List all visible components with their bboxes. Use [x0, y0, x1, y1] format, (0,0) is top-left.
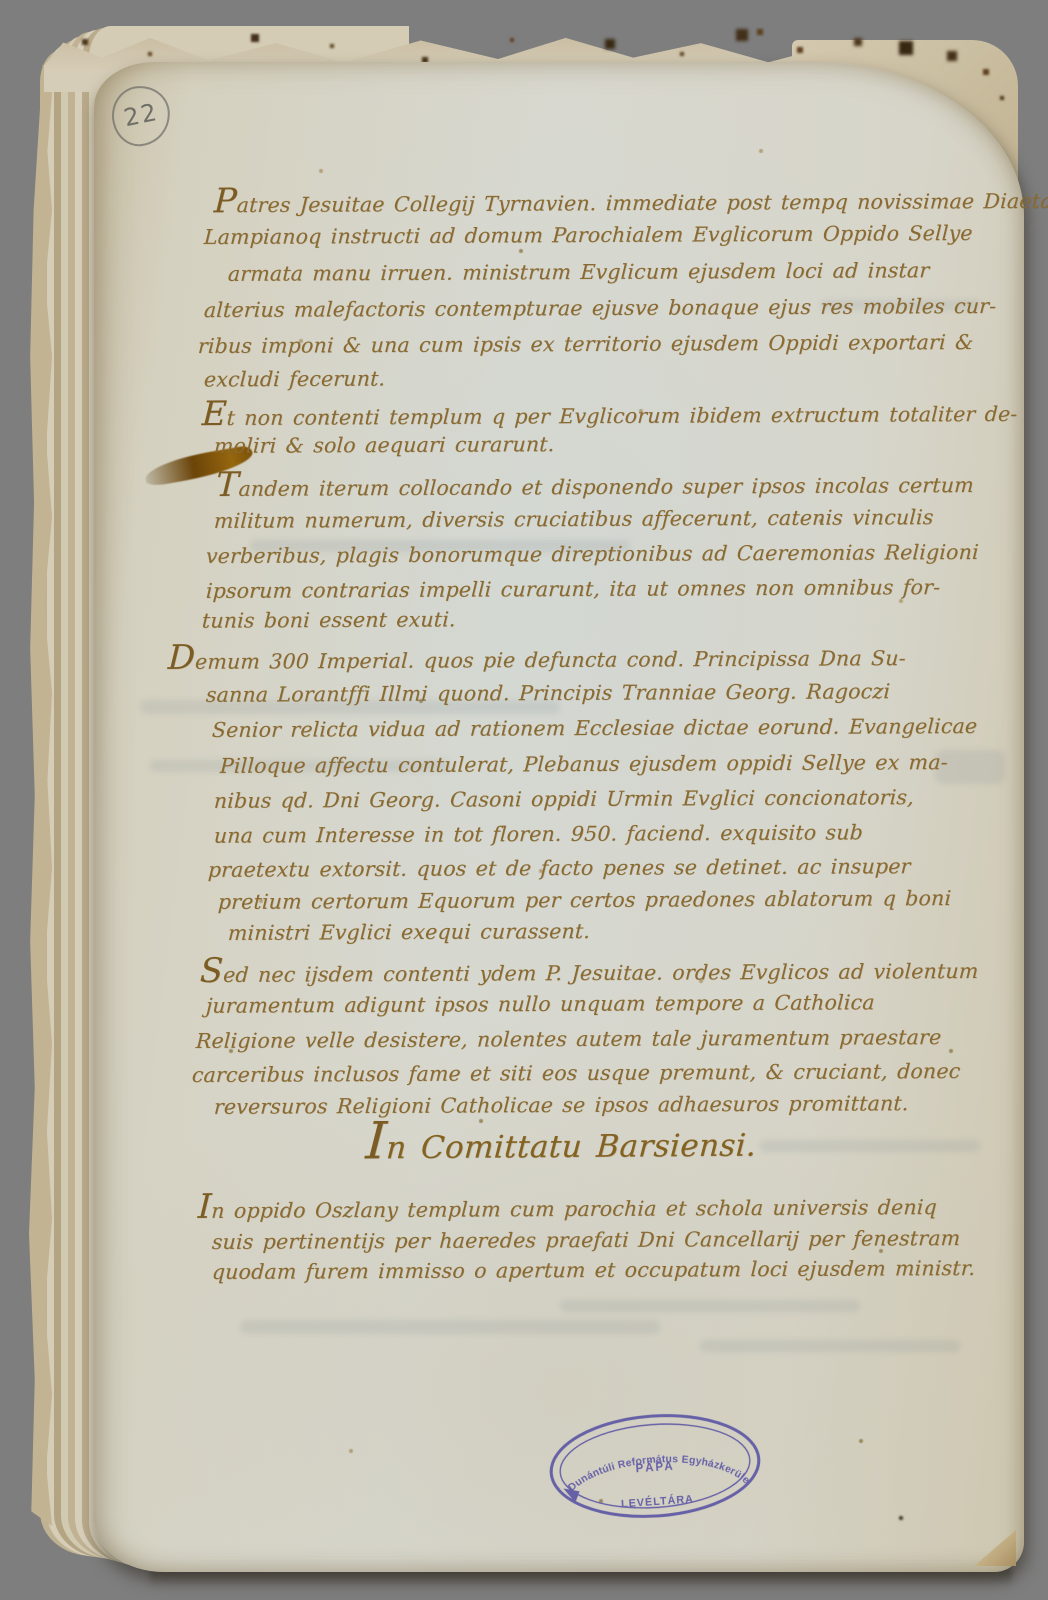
manuscript-line: armata manu irruen. ministrum Evglicum e…: [227, 258, 930, 286]
manuscript-line: verberibus, plagis bonorumque direptioni…: [205, 540, 979, 568]
manuscript-line: tunis boni essent exuti.: [201, 607, 456, 632]
manuscript-line: ministri Evglici exequi curassent.: [227, 919, 590, 945]
manuscript-line: praetextu extorsit. quos et de facto pen…: [207, 854, 911, 882]
manuscript-line: suis pertinentijs per haeredes praefati …: [211, 1226, 961, 1254]
manuscript-line: nibus qd. Dni Georg. Casoni oppidi Urmin…: [213, 785, 914, 813]
ink-bleed-through: [760, 1140, 980, 1152]
paper-fiber-speckles: [94, 62, 96, 64]
manuscript-line: militum numerum, diversis cruciatibus af…: [213, 505, 934, 533]
manuscript-line: ribus imponi & una cum ipsis ex territor…: [197, 330, 974, 358]
ink-bleed-through: [560, 1300, 860, 1312]
manuscript-line: quodam furem immisso o apertum et occupa…: [211, 1256, 975, 1284]
manuscript-line: juramentum adigunt ipsos nullo unquam te…: [205, 990, 875, 1018]
archive-stamp: A Dunántúli Református Egyházkerület PÁP…: [536, 1398, 774, 1534]
stamp-arc-text: A Dunántúli Református Egyházkerület: [536, 1398, 752, 1501]
section-heading: In Comittatu Barsiensi.: [365, 1121, 758, 1167]
manuscript-line: pretium certorum Equorum per certos prae…: [217, 886, 952, 914]
page-number-circle: 22: [109, 83, 173, 149]
manuscript-line: Lampianoq instructi ad domum Parochialem…: [203, 221, 973, 249]
manuscript-line: alterius malefactoris contempturae ejusv…: [203, 294, 997, 322]
manuscript-line: carceribus inclusos fame et siti eos usq…: [191, 1059, 961, 1087]
manuscript-line: Religione velle desistere, nolentes aute…: [195, 1025, 942, 1053]
manuscript-line: Tandem iterum collocando et disponendo s…: [215, 468, 974, 501]
manuscript-scan: 22 Patres Jesuitae Collegij Tyrnavien. i…: [0, 0, 1048, 1600]
ink-bleed-through: [240, 1320, 660, 1334]
ink-bleed-through: [700, 1340, 960, 1352]
page-number: 22: [121, 98, 161, 133]
manuscript-line: Patres Jesuitae Collegij Tyrnavien. imme…: [213, 184, 1048, 217]
manuscript-line: excludi fecerunt.: [203, 367, 386, 392]
manuscript-line: reversuros Religioni Catholicae se ipsos…: [213, 1091, 909, 1119]
manuscript-line: Et non contenti templum q per Evglicorum…: [201, 397, 1018, 430]
manuscript-line: ipsorum contrarias impelli curarunt, ita…: [205, 575, 941, 603]
stamp-bottom-text: LEVÉLTÁRA: [621, 1492, 695, 1510]
manuscript-line: Pilloque affectu contulerat, Plebanus ej…: [219, 750, 948, 778]
manuscript-line: Sed nec ijsdem contenti ydem P. Jesuitae…: [199, 954, 979, 987]
manuscript-line: sanna Lorantffi Illmi quond. Principis T…: [205, 679, 890, 707]
manuscript-page: 22 Patres Jesuitae Collegij Tyrnavien. i…: [94, 62, 1024, 1572]
manuscript-line: Demum 300 Imperial. quos pie defuncta co…: [167, 641, 906, 674]
svg-text:A Dunántúli Református Egyházk: A Dunántúli Református Egyházkerület: [536, 1398, 752, 1501]
stamp-center-text: PÁPA: [635, 1460, 675, 1476]
manuscript-line: Senior relicta vidua ad rationem Ecclesi…: [211, 714, 978, 742]
manuscript-line: In oppido Oszlany templum cum parochia e…: [197, 1190, 937, 1223]
manuscript-line: una cum Interesse in tot floren. 950. fa…: [213, 820, 863, 847]
folded-corner: [974, 1530, 1016, 1566]
manuscript-line: moliri & solo aequari curarunt.: [213, 432, 555, 458]
